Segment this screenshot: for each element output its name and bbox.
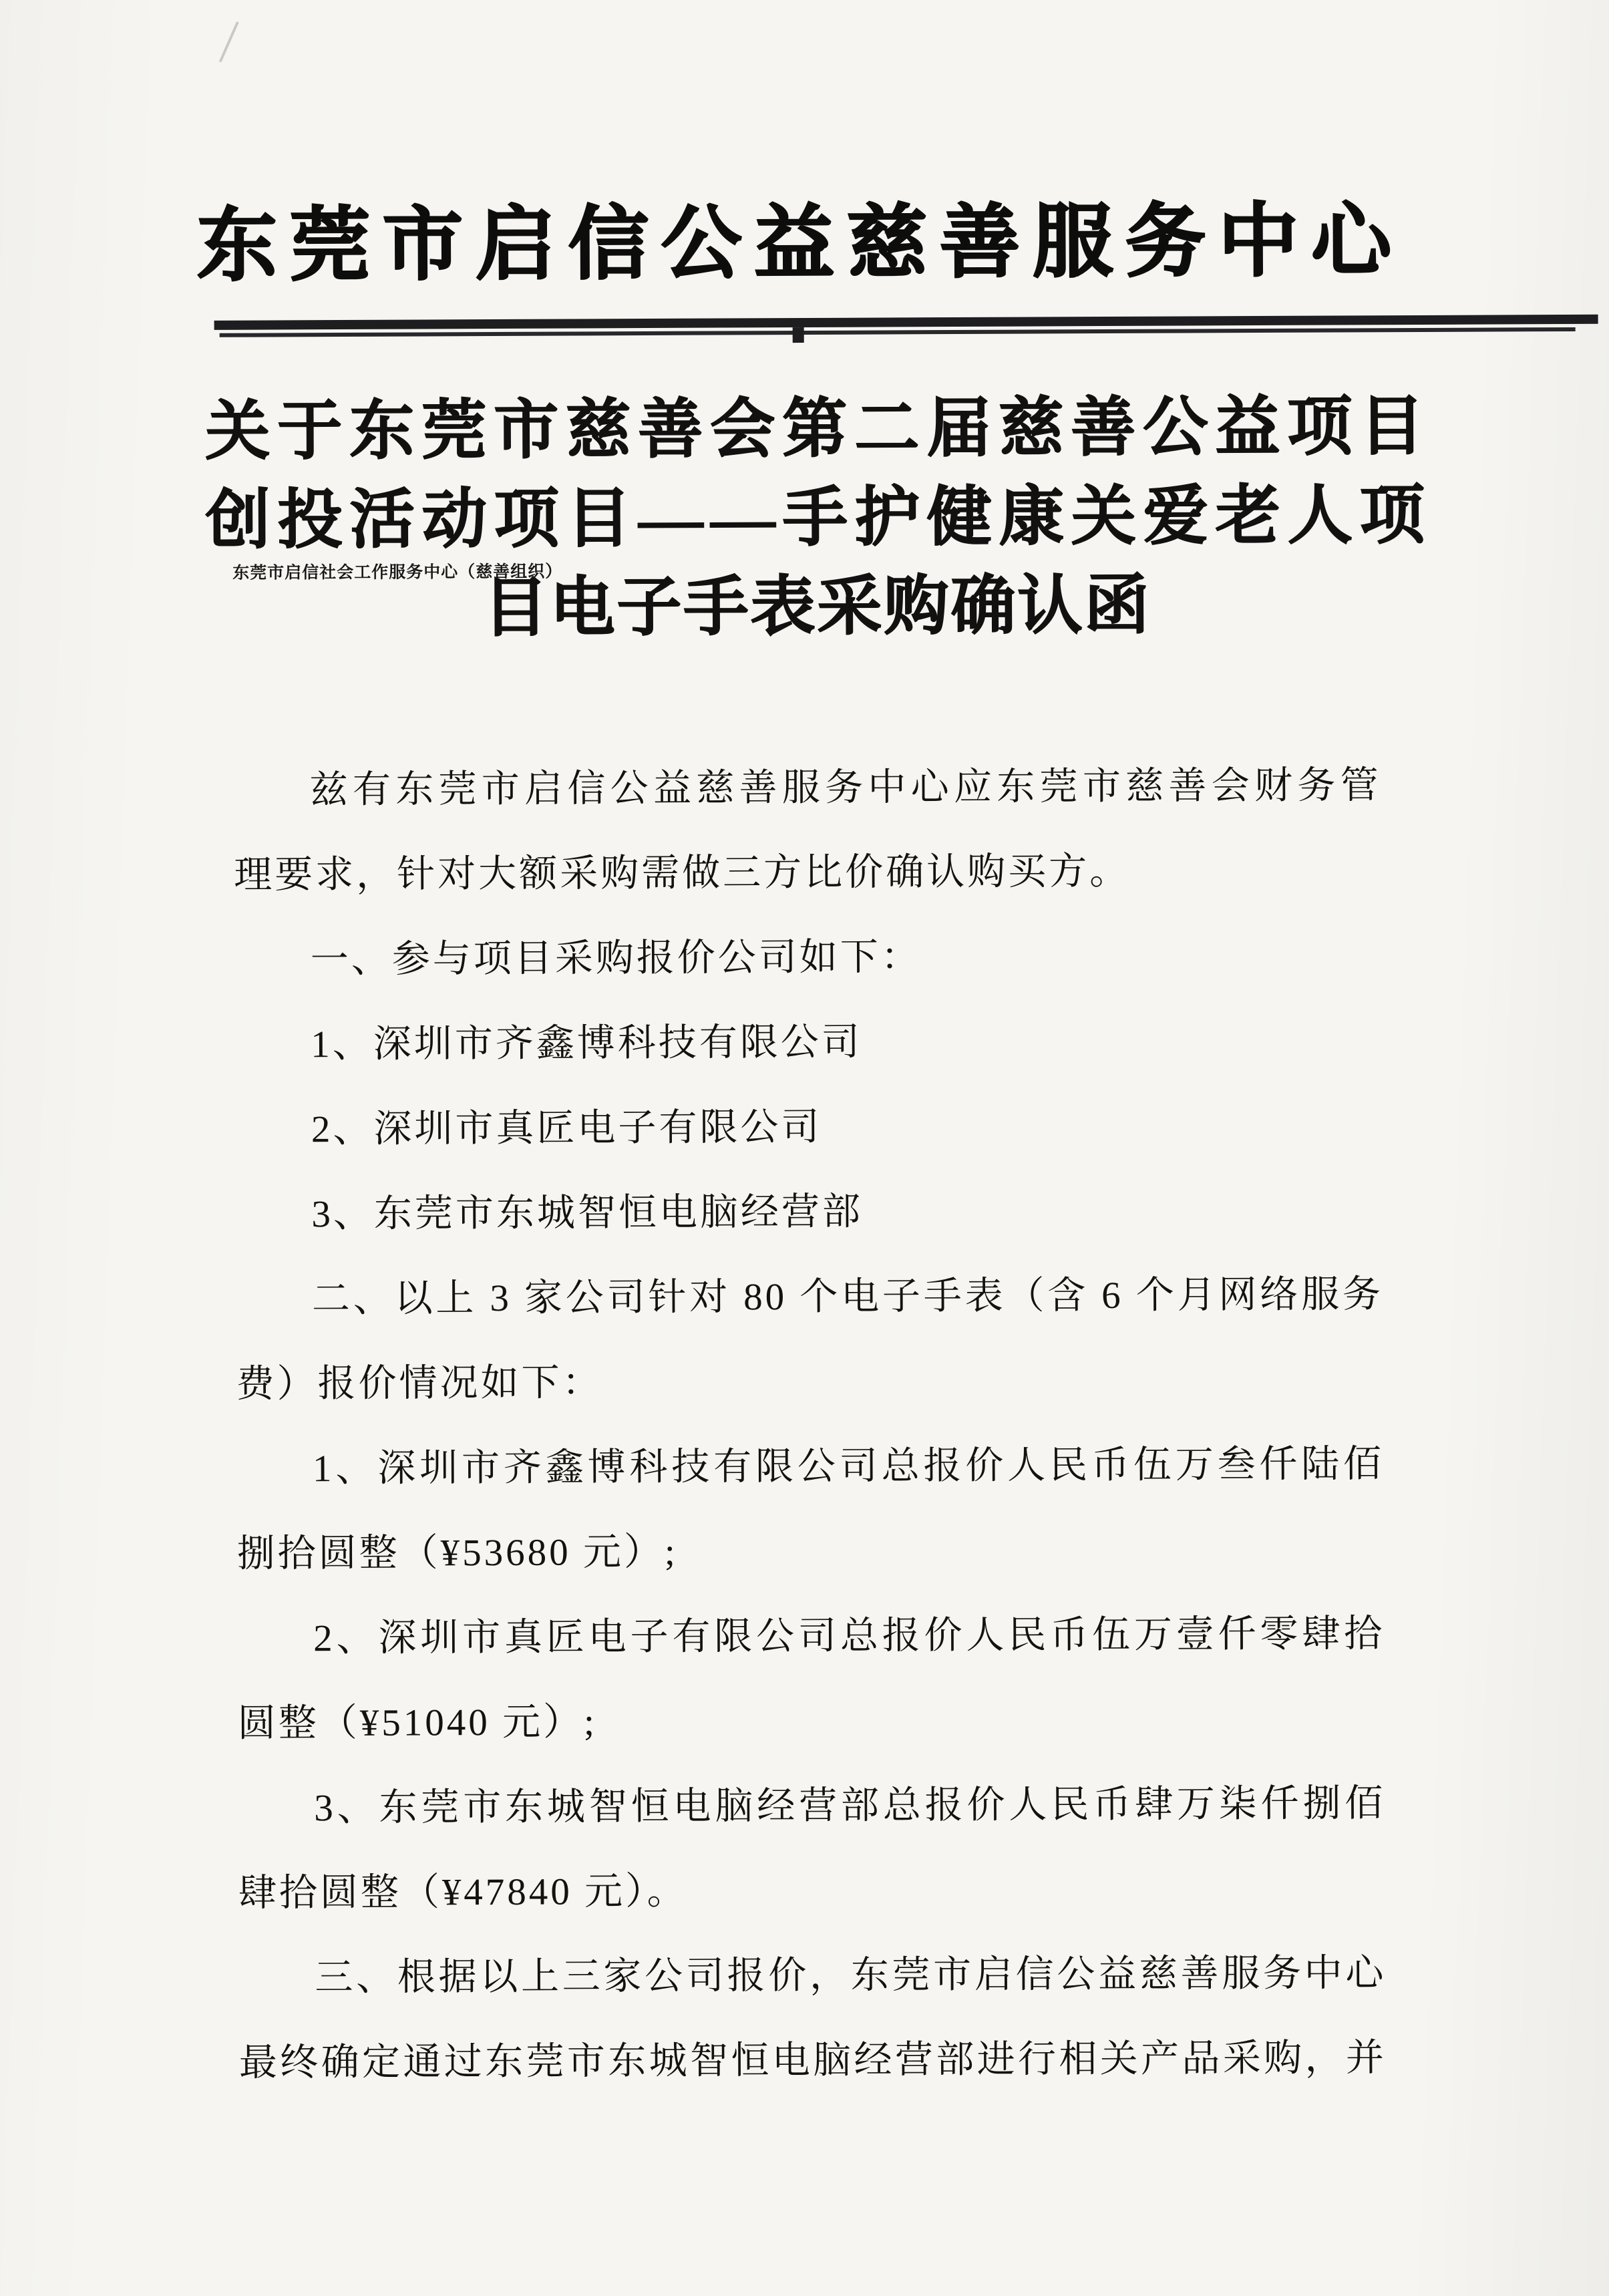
org-name-header: 东莞市启信公益慈善服务中心 xyxy=(0,176,1605,298)
document-title: 关于东莞市慈善会第二届慈善公益项目 创投活动项目——手护健康关爱老人项 目电子手… xyxy=(205,382,1429,654)
scan-scratch-artifact xyxy=(219,21,239,63)
body-line: 三、根据以上三家公司报价，东莞市启信公益慈善服务中心 xyxy=(238,1931,1387,2020)
document-page: 东莞市启信公益慈善服务中心 关于东莞市慈善会第二届慈善公益项目 创投活动项目——… xyxy=(0,0,1609,2296)
body-line: 圆整（¥51040 元）; xyxy=(237,1676,1385,1766)
body-line: 费）报价情况如下： xyxy=(236,1337,1384,1426)
body-line: 3、东莞市东城智恒电脑经营部 xyxy=(235,1167,1383,1257)
body-line: 兹有东莞市启信公益慈善服务中心应东莞市慈善会财务管 xyxy=(233,743,1381,832)
scanned-sheet: 东莞市启信公益慈善服务中心 关于东莞市慈善会第二届慈善公益项目 创投活动项目——… xyxy=(0,0,1609,2296)
body-line: 一、参与项目采购报价公司如下： xyxy=(234,913,1382,1002)
title-line-1: 关于东莞市慈善会第二届慈善公益项目 xyxy=(205,382,1428,476)
body-line: 理要求，针对大额采购需做三方比价确认购买方。 xyxy=(234,828,1382,917)
body-line: 肆拾圆整（¥47840 元）。 xyxy=(238,1846,1387,1935)
body-line: 最终确定通过东莞市东城智恒电脑经营部进行相关产品采购，并 xyxy=(239,2015,1387,2105)
body-line: 2、深圳市真匠电子有限公司 xyxy=(235,1082,1383,1172)
body-line: 3、东莞市东城智恒电脑经营部总报价人民币肆万柒仟捌佰 xyxy=(238,1761,1386,1850)
body-line: 1、深圳市齐鑫博科技有限公司总报价人民币伍万叁仟陆佰 xyxy=(236,1422,1385,1511)
title-line-2: 创投活动项目——手护健康关爱老人项 xyxy=(206,471,1429,565)
header-divider xyxy=(214,315,1598,337)
body-line: 捌拾圆整（¥53680 元）; xyxy=(236,1506,1385,1596)
body-line: 2、深圳市真匠电子有限公司总报价人民币伍万壹仟零肆拾 xyxy=(237,1591,1385,1681)
body-line: 二、以上 3 家公司针对 80 个电子手表（含 6 个月网络服务 xyxy=(236,1252,1384,1341)
org-watermark-note: 东莞市启信社会工作服务中心（慈善组织） xyxy=(232,558,562,584)
body-text: 兹有东莞市启信公益慈善服务中心应东莞市慈善会财务管理要求，针对大额采购需做三方比… xyxy=(233,743,1387,2105)
body-line: 1、深圳市齐鑫博科技有限公司 xyxy=(234,997,1383,1087)
divider-center-tick xyxy=(793,327,804,343)
